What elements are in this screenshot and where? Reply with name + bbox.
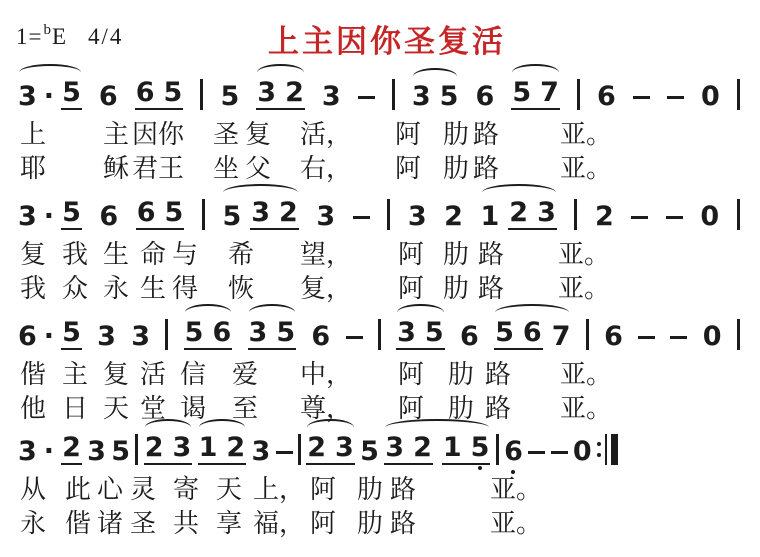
lyric-syllable: 肋 (443, 120, 469, 150)
rest-note: 0 (703, 323, 722, 350)
note: 2 (509, 199, 528, 226)
lyric-syllable: 命 (140, 240, 166, 270)
note-group (202, 199, 205, 230)
duration-dash (667, 96, 684, 100)
lyric-syllable: 生 (103, 240, 129, 270)
underline-group: 65 (135, 79, 184, 110)
note: 5 (62, 79, 81, 106)
duration-dash (631, 216, 648, 220)
note-group (551, 451, 568, 466)
lyrics-row-2: 耶稣君王坐父右，阿肋路亚。 (0, 154, 760, 184)
note-group (638, 336, 655, 351)
underline-group: 5 (61, 319, 82, 350)
lyrics-row-5: 偕主复活信爱中，阿肋路亚。 (0, 360, 760, 390)
note-group: 0 (573, 438, 592, 465)
underline-group: 56 (494, 319, 543, 350)
note: 6 (212, 319, 231, 346)
thin-barline (605, 434, 608, 465)
note-group: 2 (595, 203, 614, 230)
lyric-syllable: 享 (216, 509, 242, 539)
lyric-syllable: 亚。 (560, 394, 612, 424)
lyrics-row-4: 我众永生得恢复，阿肋路亚。 (0, 274, 760, 304)
key-prefix: 1= (16, 24, 42, 49)
lyric-syllable: 路 (390, 475, 416, 505)
note: 6 (523, 319, 542, 346)
duration-dash (353, 216, 370, 220)
lyric-syllable: 阿 (395, 120, 421, 150)
lyric-syllable: 肋 (448, 360, 474, 390)
underline-group: 56 (184, 319, 233, 350)
note-group (633, 96, 650, 111)
lyric-syllable: 诸 (97, 509, 123, 539)
lyric-syllable: 偕 (65, 509, 91, 539)
note-group: 3 (87, 438, 106, 465)
slur-group: 23 (144, 434, 193, 465)
note-group: 65 (135, 79, 184, 110)
lyric-syllable: 耶 (20, 154, 46, 184)
augmentation-dot: · (44, 203, 54, 230)
augmentation-dot: · (44, 83, 54, 110)
note-group: 3 (97, 323, 116, 350)
duration-dash (666, 216, 683, 220)
slur-group: 56 (184, 319, 233, 350)
lyric-syllable: 亚。 (558, 274, 610, 304)
slur-group: 57 (511, 79, 560, 110)
underline-group: 32 (384, 434, 433, 465)
note: 3 (408, 203, 427, 230)
barline (574, 199, 577, 230)
lyric-syllable: 右， (300, 154, 352, 184)
note: 2 (145, 434, 164, 461)
note: 2 (285, 79, 304, 106)
note-group (200, 79, 203, 110)
slur-group: 532 (222, 199, 298, 230)
lyric-syllable: 此 (65, 475, 91, 505)
duration-dash (670, 336, 687, 340)
barline (737, 319, 740, 350)
lyric-syllable: 天 (216, 475, 242, 505)
lyric-syllable: 众 (62, 274, 88, 304)
note: 3 (322, 83, 341, 110)
note-group (135, 434, 138, 465)
lyric-syllable: 阿 (310, 475, 336, 505)
note: 5 (360, 438, 379, 465)
duration-dash (633, 96, 650, 100)
lyric-syllable: 望， (300, 240, 352, 270)
note: 6 (460, 323, 479, 350)
note-group (574, 199, 577, 230)
barline (387, 199, 390, 230)
slur-group: 23 (306, 434, 355, 465)
note-group: 6·5 (18, 319, 82, 350)
duration-dash (551, 451, 568, 455)
lyric-syllable: 路 (473, 154, 499, 184)
lyric-syllable: 从 (20, 475, 46, 505)
note: 3 (173, 434, 192, 461)
note: 6 (604, 323, 623, 350)
barline (200, 79, 203, 110)
note-group: 0 (701, 83, 720, 110)
lyric-syllable: 阿 (395, 154, 421, 184)
rest-note: 0 (701, 83, 720, 110)
barline (135, 434, 138, 465)
page-title: 上主因你圣复活 (268, 16, 506, 61)
lyric-syllable: 稣 (103, 154, 129, 184)
key-signature: 1=bE (16, 24, 67, 50)
augmentation-dot: · (44, 323, 54, 350)
note: 6 (476, 83, 495, 110)
duration-dash (276, 451, 293, 455)
underline-group: 23 (508, 199, 557, 230)
underline-group: 5 (61, 79, 82, 110)
lyric-syllable: 寄 (173, 475, 199, 505)
note: 2 (226, 434, 245, 461)
note: 3 (316, 203, 335, 230)
underline-group: 23 (306, 434, 355, 465)
note: 5 (62, 319, 81, 346)
lyric-syllable: 肋 (448, 394, 474, 424)
note: 2 (595, 203, 614, 230)
note-group: 3·2 (18, 434, 82, 465)
barline (586, 319, 589, 350)
thick-barline (611, 434, 618, 465)
note: 6 (597, 83, 616, 110)
note: 3 (249, 319, 268, 346)
note: 6 (311, 323, 330, 350)
note: 1 (443, 434, 462, 461)
note: 3 (537, 199, 556, 226)
lyric-syllable: 肋 (357, 509, 383, 539)
lyrics-row-6: 他日天堂谒至尊，阿肋路亚。 (0, 394, 760, 424)
lyric-syllable: 共 (173, 509, 199, 539)
lyric-syllable: 阿 (398, 360, 424, 390)
lyric-syllable: 生 (140, 274, 166, 304)
note: 3 (18, 438, 37, 465)
lyric-syllable: 上， (253, 475, 305, 505)
note-group: 6 (99, 203, 118, 230)
lyric-syllable: 王 (158, 154, 184, 184)
lyric-syllable: 我 (20, 274, 46, 304)
note: 5 (62, 199, 81, 226)
note-group (528, 451, 545, 466)
slur-group: 12 (198, 434, 247, 465)
repeat-dots (597, 434, 601, 465)
note-group: 6 (504, 438, 523, 465)
lyric-syllable: 阿 (398, 274, 424, 304)
lyric-syllable: 路 (473, 120, 499, 150)
note: 5 (165, 199, 184, 226)
lyric-syllable: 复 (245, 120, 271, 150)
note: 7 (552, 323, 571, 350)
note-group: 6 (597, 83, 616, 110)
lyric-syllable: 你 (158, 120, 184, 150)
lyric-syllable: 圣 (213, 120, 239, 150)
note-group: 3 (408, 203, 427, 230)
lyric-syllable: 阿 (398, 394, 424, 424)
note: 5 (164, 79, 183, 106)
note: 3 (18, 203, 37, 230)
note: 2 (279, 199, 298, 226)
note: 5 (276, 319, 295, 346)
note-group (737, 199, 740, 230)
sheet-music-page: 1=bE 4/4 上主因你圣复活 3·5665532335657603·5665… (0, 0, 760, 557)
barline (392, 79, 395, 110)
lyric-syllable: 圣 (130, 509, 156, 539)
note: 3 (252, 438, 271, 465)
note-group (358, 96, 375, 111)
slur-group: 3215 (384, 434, 490, 465)
underline-group: 65 (136, 199, 185, 230)
lyric-syllable: 路 (478, 274, 504, 304)
note: 2 (444, 203, 463, 230)
note: 6 (18, 323, 37, 350)
repeat-dot (597, 453, 601, 457)
lyric-syllable: 肋 (443, 274, 469, 304)
lyric-syllable: 他 (20, 394, 46, 424)
lyric-syllable: 主 (103, 120, 129, 150)
slur-group: 123 (481, 199, 557, 230)
lyric-syllable: 亚。 (560, 360, 612, 390)
lyric-syllable: 亚。 (490, 475, 542, 505)
lyric-syllable: 灵 (130, 475, 156, 505)
lyric-syllable: 活， (300, 120, 352, 150)
lyric-syllable: 永 (103, 274, 129, 304)
barline (737, 79, 740, 110)
lyric-syllable: 亚。 (560, 154, 612, 184)
lyric-syllable: 肋 (357, 475, 383, 505)
note: 6 (99, 203, 118, 230)
lyric-syllable: 亚。 (558, 240, 610, 270)
lyric-syllable: 肋 (443, 154, 469, 184)
note-group: 6 (604, 323, 623, 350)
note: 5 (512, 79, 531, 106)
underline-group: 57 (511, 79, 560, 110)
note-group: 6 (99, 83, 118, 110)
lyric-syllable: 主 (62, 360, 88, 390)
note: 5 (440, 83, 459, 110)
lyrics-row-8: 永偕诸圣共享福，阿肋路亚。 (0, 509, 760, 539)
note-group: 0 (703, 323, 722, 350)
rest-note: 0 (700, 203, 719, 230)
lyric-syllable: 偕 (20, 360, 46, 390)
note-group: 5 (220, 83, 239, 110)
note-group (392, 79, 395, 110)
note-group (737, 79, 740, 110)
music-line-3: 6·5335635635656760 (18, 306, 740, 350)
note: 2 (307, 434, 326, 461)
note: 3 (335, 434, 354, 461)
music-line-1: 3·566553233565760 (18, 66, 740, 110)
time-signature: 4/4 (88, 24, 123, 50)
note-group: 3·5 (18, 199, 82, 230)
lyrics-row-7: 从此心灵寄天上，阿肋路亚。 (0, 475, 760, 505)
note-group (631, 216, 648, 231)
lyric-syllable: 尊， (300, 394, 352, 424)
lyric-syllable: 亚。 (490, 509, 542, 539)
rest-note: 0 (573, 438, 592, 465)
lyric-syllable: 信 (180, 360, 206, 390)
underline-group: 12 (198, 434, 247, 465)
note-group: 3 (316, 203, 335, 230)
note-group (298, 434, 301, 465)
lyric-syllable: 复 (20, 240, 46, 270)
note-group: 6 (460, 323, 479, 350)
note: 6 (504, 438, 523, 465)
lyric-syllable: 中， (300, 360, 352, 390)
lyric-syllable: 上 (20, 120, 46, 150)
note-group: 5 (111, 438, 130, 465)
note: 6 (137, 199, 156, 226)
lyric-syllable: 君 (132, 154, 158, 184)
note-group (666, 216, 683, 231)
lyric-syllable: 希 (228, 240, 254, 270)
lyric-syllable: 至 (232, 394, 258, 424)
duration-dash (346, 336, 363, 340)
note-group: 2 (444, 203, 463, 230)
lyric-syllable: 谒 (180, 394, 206, 424)
barline (165, 319, 168, 350)
note: 7 (540, 79, 559, 106)
note: 5 (111, 438, 130, 465)
underline-group: 5 (61, 199, 82, 230)
lyric-syllable: 路 (478, 240, 504, 270)
music-line-4: 3·23523123235321560 (18, 421, 618, 465)
lyric-syllable: 永 (20, 509, 46, 539)
note-group (577, 79, 580, 110)
note: 5 (222, 203, 241, 230)
note: 5 (425, 319, 444, 346)
augmentation-dot: · (44, 438, 54, 465)
lyric-syllable: 父 (245, 154, 271, 184)
lyric-syllable: 堂 (140, 394, 166, 424)
lyric-syllable: 我 (62, 240, 88, 270)
note-group (737, 319, 740, 350)
note: 3 (18, 83, 37, 110)
duration-dash (638, 336, 655, 340)
note-group (276, 451, 293, 466)
note-group (667, 96, 684, 111)
note-group (670, 336, 687, 351)
underline-group: 23 (144, 434, 193, 465)
underline-group: 15 (442, 434, 491, 465)
lyric-syllable: 路 (485, 360, 511, 390)
note-group (586, 319, 589, 350)
barline (737, 199, 740, 230)
lyric-syllable: 肋 (443, 240, 469, 270)
barline (378, 319, 381, 350)
note: 3 (385, 434, 404, 461)
music-line-2: 3·566553233212320 (18, 186, 740, 230)
slur-group: 35 (396, 319, 445, 350)
lyric-syllable: 福， (253, 509, 305, 539)
note: 6 (99, 83, 118, 110)
lyric-syllable: 爱 (232, 360, 258, 390)
lyrics-row-3: 复我生命与希望，阿肋路亚。 (0, 240, 760, 270)
lyrics-row-1: 上主因你圣复活，阿肋路亚。 (0, 120, 760, 150)
lyric-syllable: 日 (62, 394, 88, 424)
note: 5 (495, 319, 514, 346)
barline (202, 199, 205, 230)
note: 3 (257, 79, 276, 106)
note-group (346, 336, 363, 351)
note-group (597, 434, 618, 465)
slur-group: 567 (494, 319, 570, 350)
duration-dash (358, 96, 375, 100)
lyric-syllable: 得 (172, 274, 198, 304)
note: 3 (131, 323, 150, 350)
underline-group: 35 (396, 319, 445, 350)
note: 3 (412, 83, 431, 110)
lyric-syllable: 路 (485, 394, 511, 424)
lyric-syllable: 阿 (398, 240, 424, 270)
note: 3 (97, 323, 116, 350)
note-group: 5 (360, 438, 379, 465)
note: 3 (397, 319, 416, 346)
flat-icon: b (43, 22, 52, 39)
note-group (387, 199, 390, 230)
note-group (353, 216, 370, 231)
lyric-syllable: 心 (97, 475, 123, 505)
lyric-syllable: 恢 (228, 274, 254, 304)
note: 5 (185, 319, 204, 346)
note-group: 6 (311, 323, 330, 350)
slur-group: 32 (256, 79, 305, 110)
lyric-syllable: 复， (300, 274, 352, 304)
key-note: E (52, 24, 67, 49)
barline (496, 434, 499, 465)
note: 1 (481, 203, 500, 230)
barline (577, 79, 580, 110)
lyric-syllable: 路 (390, 509, 416, 539)
note-group (496, 434, 499, 465)
note: 2 (413, 434, 432, 461)
lyric-syllable: 活 (140, 360, 166, 390)
underline-group: 35 (248, 319, 297, 350)
note: 1 (199, 434, 218, 461)
underline-group: 32 (250, 199, 299, 230)
note-group: 3 (131, 323, 150, 350)
barline (298, 434, 301, 465)
repeat-dot (597, 442, 601, 446)
note-group: 6 (476, 83, 495, 110)
lyric-syllable: 阿 (310, 509, 336, 539)
note-group: 0 (700, 203, 719, 230)
lyric-syllable: 天 (103, 394, 129, 424)
lyric-syllable: 与 (172, 240, 198, 270)
note: 5 (471, 434, 490, 461)
note: 6 (136, 79, 155, 106)
note: 2 (62, 434, 81, 461)
note-group (378, 319, 381, 350)
underline-group: 2 (61, 434, 82, 465)
note: 5 (220, 83, 239, 110)
note: 3 (87, 438, 106, 465)
slur-group: 35 (412, 83, 459, 110)
note-group: 65 (136, 199, 185, 230)
underline-group: 32 (256, 79, 305, 110)
slur-group: 3·5 (18, 79, 82, 110)
lyric-syllable: 因 (132, 120, 158, 150)
duration-dash (528, 451, 545, 455)
lyric-syllable: 坐 (213, 154, 239, 184)
note: 3 (251, 199, 270, 226)
note-group: 3 (252, 438, 271, 465)
final-repeat-barline (597, 434, 618, 465)
lyric-syllable: 复 (103, 360, 129, 390)
note-group (165, 319, 168, 350)
slur-group: 35 (248, 319, 297, 350)
lyric-syllable: 亚。 (560, 120, 612, 150)
